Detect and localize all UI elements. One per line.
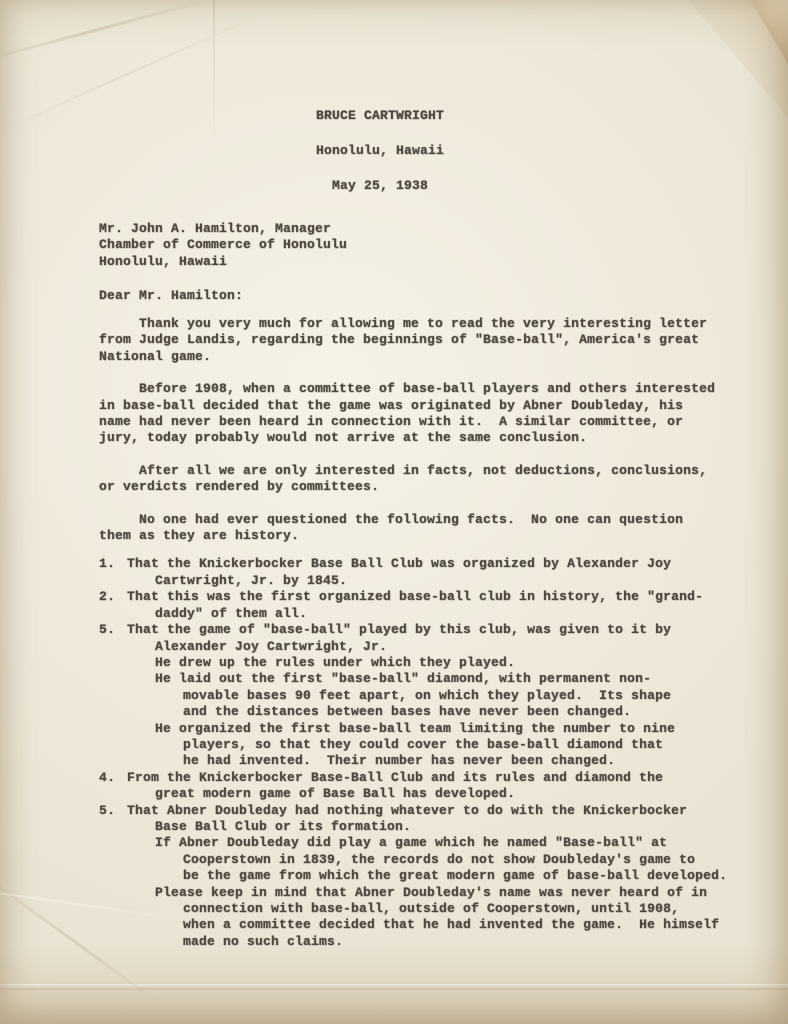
paragraph: Before 1908, when a committee of base-ba… bbox=[99, 381, 747, 447]
letter-line: movable bases 90 feet apart, on which th… bbox=[99, 688, 747, 704]
letter-date: May 25, 1938 bbox=[0, 178, 774, 194]
letter-line: players, so that they could cover the ba… bbox=[99, 737, 747, 753]
letter-line: he had invented. Their number has never … bbox=[99, 753, 747, 769]
letter-line: in base-ball decided that the game was o… bbox=[99, 398, 747, 414]
list-item: 5.That Abner Doubleday had nothing whate… bbox=[99, 803, 747, 951]
letter-line: from Judge Landis, regarding the beginni… bbox=[99, 332, 747, 348]
list-item-number: 5. bbox=[99, 622, 115, 638]
letter-line: and the distances between bases have nev… bbox=[99, 704, 747, 720]
letter-line: Alexander Joy Cartwright, Jr. bbox=[99, 639, 747, 655]
paper-crease bbox=[213, 0, 215, 150]
paragraph: No one had ever questioned the following… bbox=[99, 512, 747, 545]
letter-line: He organized the first base-ball team li… bbox=[99, 721, 747, 737]
list-item: 2.That this was the first organized base… bbox=[99, 589, 747, 622]
paragraph: Thank you very much for allowing me to r… bbox=[99, 316, 747, 365]
list-item: 1.That the Knickerbocker Base Ball Club … bbox=[99, 556, 747, 589]
letter-line: be the game from which the great modern … bbox=[99, 868, 747, 884]
letter-line: Cooperstown in 1839, the records do not … bbox=[99, 852, 747, 868]
paper-fold-crease bbox=[0, 984, 788, 990]
letter-line: daddy" of them all. bbox=[99, 606, 747, 622]
letter-line: National game. bbox=[99, 349, 747, 365]
list-item: 5.That the game of "base-ball" played by… bbox=[99, 622, 747, 770]
list-item-number: 4. bbox=[99, 770, 115, 786]
list-item-number: 1. bbox=[99, 556, 115, 572]
corner-fold bbox=[751, 0, 788, 64]
list-item-number: 5. bbox=[99, 803, 115, 819]
letter-line: Base Ball Club or its formation. bbox=[99, 819, 747, 835]
corner-fold-shadow bbox=[688, 0, 788, 118]
salutation: Dear Mr. Hamilton: bbox=[99, 288, 243, 304]
letter-line: them as they are history. bbox=[99, 528, 747, 544]
letter-line: 5.That Abner Doubleday had nothing whate… bbox=[99, 803, 747, 819]
letter-page: BRUCE CARTWRIGHT Honolulu, Hawaii May 25… bbox=[0, 0, 788, 1024]
recipient-line: Mr. John A. Hamilton, Manager bbox=[99, 221, 347, 237]
paper-crease bbox=[0, 0, 212, 65]
letter-line: If Abner Doubleday did play a game which… bbox=[99, 835, 747, 851]
list-item-number: 2. bbox=[99, 589, 115, 605]
letter-line: Thank you very much for allowing me to r… bbox=[99, 316, 747, 332]
letter-line: Cartwright, Jr. by 1845. bbox=[99, 573, 747, 589]
recipient-address: Mr. John A. Hamilton, Manager Chamber of… bbox=[99, 221, 347, 270]
letter-line: 5.That the game of "base-ball" played by… bbox=[99, 622, 747, 638]
paragraphs: Thank you very much for allowing me to r… bbox=[99, 316, 747, 544]
letter-line: He drew up the rules under which they pl… bbox=[99, 655, 747, 671]
numbered-list: 1.That the Knickerbocker Base Ball Club … bbox=[99, 556, 747, 950]
letter-line: 4.From the Knickerbocker Base-Ball Club … bbox=[99, 770, 747, 786]
list-item: 4.From the Knickerbocker Base-Ball Club … bbox=[99, 770, 747, 803]
letter-line: After all we are only interested in fact… bbox=[99, 463, 747, 479]
letter-line: 1.That the Knickerbocker Base Ball Club … bbox=[99, 556, 747, 572]
letter-line: made no such claims. bbox=[99, 934, 747, 950]
letter-line: 2.That this was the first organized base… bbox=[99, 589, 747, 605]
letter-line: connection with base-ball, outside of Co… bbox=[99, 901, 747, 917]
letter-line: jury, today probably would not arrive at… bbox=[99, 430, 747, 446]
letter-body: Thank you very much for allowing me to r… bbox=[99, 316, 747, 950]
letter-line: or verdicts rendered by committees. bbox=[99, 479, 747, 495]
paragraph: After all we are only interested in fact… bbox=[99, 463, 747, 496]
letter-line: Before 1908, when a committee of base-ba… bbox=[99, 381, 747, 397]
letter-line: great modern game of Base Ball has devel… bbox=[99, 786, 747, 802]
sender-city: Honolulu, Hawaii bbox=[0, 143, 774, 159]
letter-line: No one had ever questioned the following… bbox=[99, 512, 747, 528]
sender-name: BRUCE CARTWRIGHT bbox=[0, 108, 774, 124]
recipient-line: Chamber of Commerce of Honolulu bbox=[99, 237, 347, 253]
letter-line: Please keep in mind that Abner Doubleday… bbox=[99, 885, 747, 901]
letter-line: name had never been heard in connection … bbox=[99, 414, 747, 430]
recipient-line: Honolulu, Hawaii bbox=[99, 254, 347, 270]
letter-line: when a committee decided that he had inv… bbox=[99, 917, 747, 933]
letter-line: He laid out the first "base-ball" diamon… bbox=[99, 671, 747, 687]
